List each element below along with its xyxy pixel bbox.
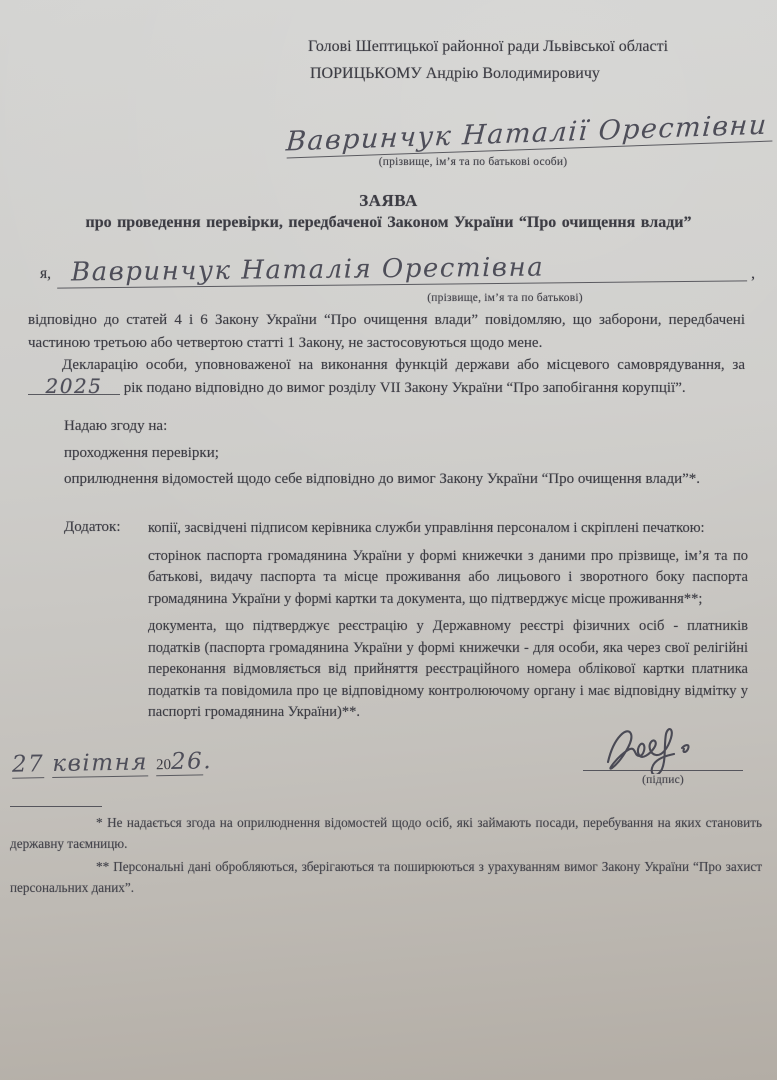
attachment-item-passport-pages: сторінок паспорта громадянина України у … bbox=[148, 546, 748, 611]
footnote-secrecy: * Не надається згода на оприлюднення від… bbox=[10, 812, 762, 854]
declaration-year-handwritten: 2025 bbox=[28, 378, 120, 395]
signature-line bbox=[583, 722, 743, 771]
consent-item-verification: проходження перевірки; bbox=[64, 445, 219, 462]
footnote-personal-data: ** Персональні дані обробляються, зберіг… bbox=[10, 856, 762, 898]
paragraph-lustration-statement: відповідно до статей 4 і 6 Закону Україн… bbox=[28, 309, 745, 354]
addressee-line2: ПОРИЦЬКОМУ Андрію Володимировичу bbox=[310, 60, 753, 87]
declaration-text-after-year: рік подано відповідно до вимог розділу V… bbox=[124, 380, 686, 396]
attachment-body: копії, засвідчені підписом керівника слу… bbox=[148, 518, 748, 724]
declarant-name-caption: (прізвище, ім’я та по батькові) bbox=[385, 292, 625, 304]
signature-icon bbox=[598, 722, 728, 774]
declarant-name-handwritten: Вавринчук Наталія Орестівна bbox=[57, 250, 747, 288]
document-title: ЗАЯВА bbox=[0, 191, 777, 211]
applicant-name-caption: (прізвище, ім’я та по батькові особи) bbox=[348, 156, 598, 168]
date-year: 26 bbox=[171, 748, 204, 775]
addressee-line1: Голові Шептицької районної ради Львівськ… bbox=[308, 38, 668, 55]
applicant-name-text: Вавринчук Наталії Орестівни bbox=[285, 110, 769, 158]
attachment-label: Додаток: bbox=[64, 519, 121, 536]
attachment-intro: копії, засвідчені підписом керівника слу… bbox=[148, 518, 748, 540]
document-photo: Голові Шептицької районної ради Львівськ… bbox=[0, 0, 777, 1080]
addressee-block: Голові Шептицької районної ради Львівськ… bbox=[308, 33, 753, 87]
attachment-item-tax-registration: документа, що підтверджує реєстрацію у Д… bbox=[148, 616, 748, 724]
date-period: . bbox=[203, 748, 212, 774]
date-handwritten: 27квітня2026. bbox=[12, 748, 212, 777]
applicant-name-handwritten: Вавринчук Наталії Орестівни bbox=[286, 110, 773, 159]
document-subtitle: про проведення перевірки, передбаченої З… bbox=[22, 214, 755, 232]
footnote-separator bbox=[10, 806, 102, 807]
consent-item-publication: оприлюднення відомостей щодо себе відпов… bbox=[28, 468, 745, 491]
declaration-text-before-year: Декларацію особи, уповноваженої на викон… bbox=[62, 357, 745, 373]
signature-block: (підпис) bbox=[583, 722, 743, 786]
attachment-section: Додаток: копії, засвідчені підписом кері… bbox=[28, 518, 748, 730]
declarant-suffix: , bbox=[751, 265, 755, 285]
signature-caption: (підпис) bbox=[583, 774, 743, 786]
paragraph-declaration: Декларацію особи, уповноваженої на викон… bbox=[28, 354, 745, 399]
consent-intro: Надаю згоду на: bbox=[64, 418, 167, 435]
date-day: 27 bbox=[12, 751, 45, 779]
date-month: квітня bbox=[52, 749, 148, 778]
declarant-line: я, Вавринчук Наталія Орестівна , bbox=[40, 254, 755, 285]
date-century-printed: 20 bbox=[156, 757, 171, 773]
declarant-prefix: я, bbox=[40, 265, 51, 285]
